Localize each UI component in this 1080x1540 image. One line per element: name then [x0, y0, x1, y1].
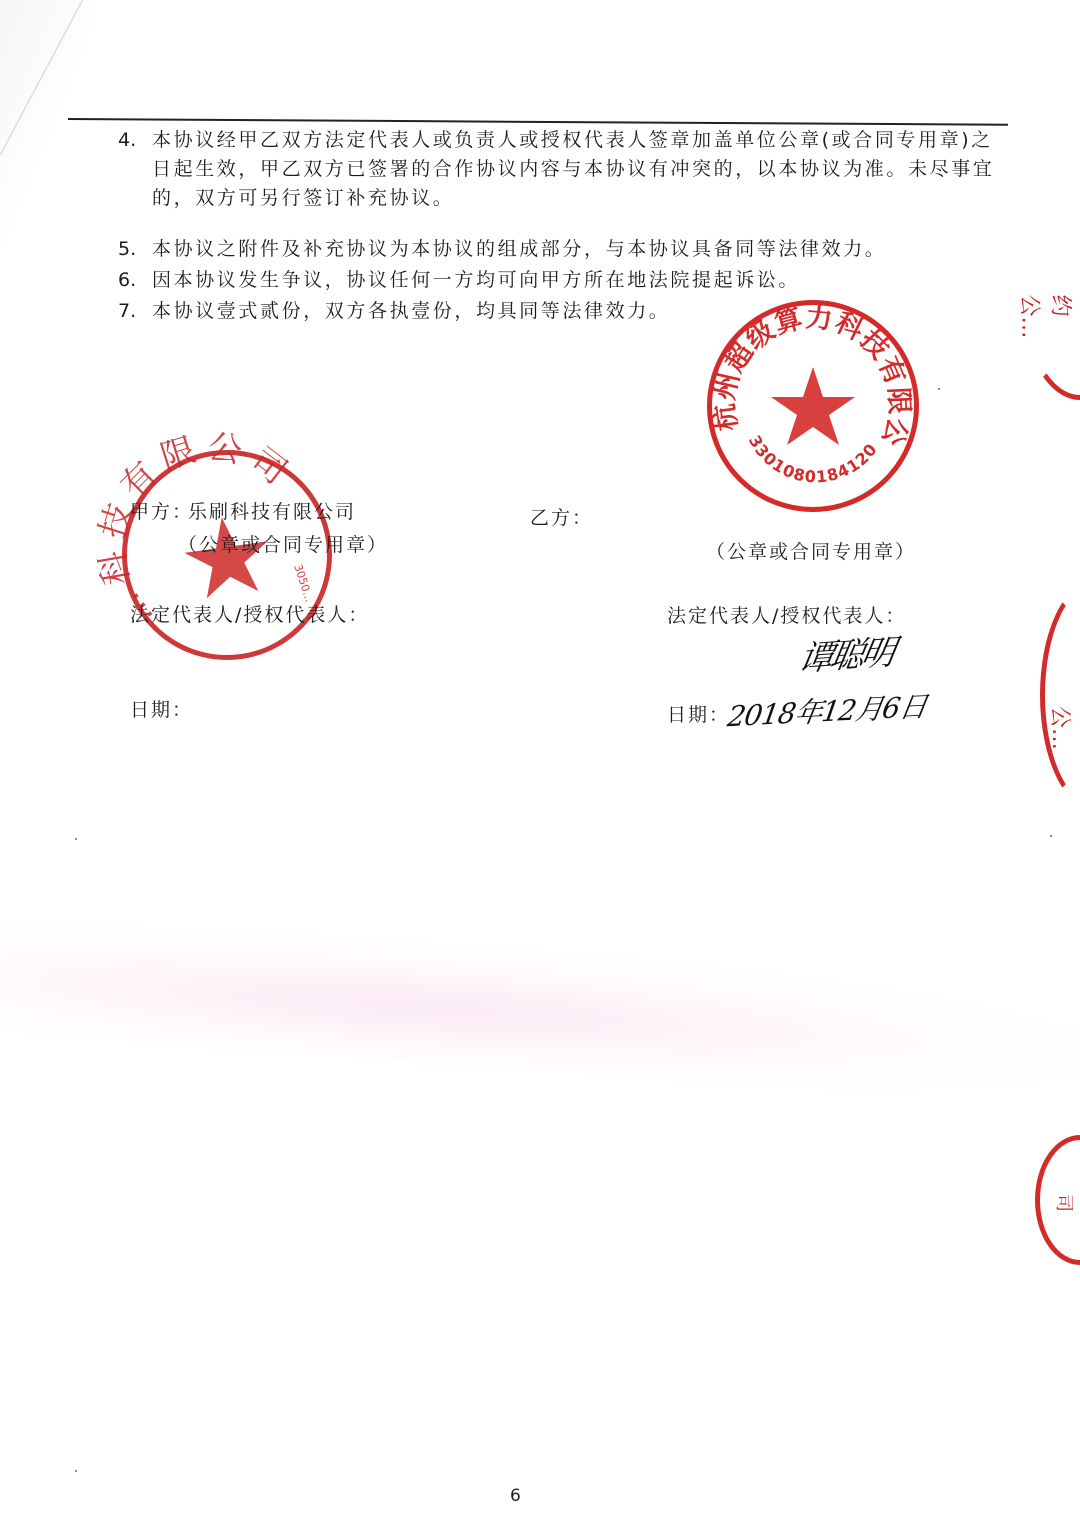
party-a-date-label: 日期： [130, 695, 193, 722]
clause-number: 5. [118, 235, 136, 264]
paper-speck [75, 1470, 77, 1472]
seal-a-number: 3050… [291, 563, 315, 604]
clause-number: 7. [118, 297, 136, 326]
seal-b-number: 3301080184120 [745, 432, 881, 487]
party-a-label: 甲方： [130, 497, 193, 524]
party-b-representative-label: 法定代表人/授权代表人： [667, 601, 906, 628]
clause-text: 本协议经甲乙双方法定代表人或负责人或授权代表人签章加盖单位公章(或合同专用章)之… [152, 126, 1008, 213]
seal-graphic: 杭州超级算力科技有限公司 3301080184120 [712, 305, 914, 507]
star-icon [771, 367, 855, 445]
svg-text:3301080184120: 3301080184120 [745, 432, 881, 487]
party-a-representative-label: 法定代表人/授权代表人： [130, 600, 369, 627]
paper-speck [1050, 835, 1052, 837]
edge-seal-text: …签约公… [1016, 295, 1080, 339]
paper-speck [938, 388, 940, 390]
clause-text: 本协议之附件及补充协议为本协议的组成部分，与本协议具备同等法律效力。 [152, 235, 1008, 264]
party-b-label: 乙方： [530, 503, 593, 530]
edge-seal-text: …公… [1046, 706, 1080, 750]
clause-number: 6. [118, 266, 136, 295]
clause-4: 4. 本协议经甲乙双方法定代表人或负责人或授权代表人签章加盖单位公章(或合同专用… [118, 126, 1008, 213]
paper-speck [75, 838, 77, 840]
page-number: 6 [510, 1486, 521, 1506]
clause-5: 5. 本协议之附件及补充协议为本协议的组成部分，与本协议具备同等法律效力。 [118, 235, 1008, 264]
clause-6: 6. 因本协议发生争议，协议任何一方均可向甲方所在地法院提起诉讼。 [118, 266, 1008, 295]
party-a-seal-note: （公章或合同专用章） [178, 530, 388, 557]
edge-seal-text: 司 [1052, 1194, 1078, 1212]
clause-number: 4. [118, 126, 136, 155]
header-rule [68, 118, 1008, 126]
party-a-name: 乐刷科技有限公司 [188, 497, 356, 524]
edge-seal-fragment [1020, 180, 1080, 400]
party-b-date-label: 日期： [667, 700, 730, 727]
party-b-company-seal: 杭州超级算力科技有限公司 3301080184120 [707, 300, 919, 512]
party-b-signature: 谭聪明 [796, 624, 898, 680]
pink-ink-smear [0, 911, 1080, 1109]
party-b-seal-note: （公章或合同专用章） [706, 537, 916, 564]
party-b-date-value: 2018年12月6日 [725, 685, 930, 736]
clause-text: 因本协议发生争议，协议任何一方均可向甲方所在地法院提起诉讼。 [152, 266, 1008, 295]
edge-seal-fragment [1040, 580, 1080, 810]
